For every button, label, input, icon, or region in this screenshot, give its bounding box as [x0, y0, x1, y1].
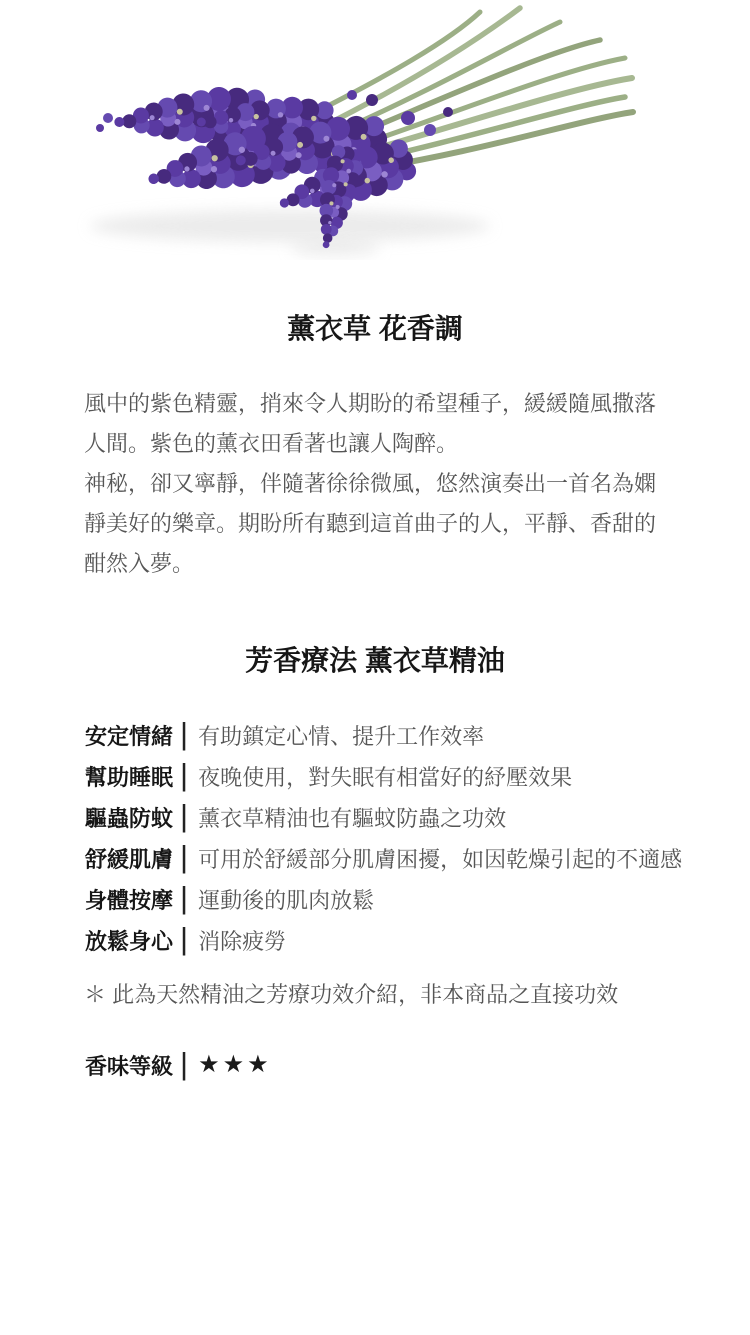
- divider-bar: |: [180, 721, 188, 747]
- product-description-page: 薰衣草 花香調 風中的紫色精靈，捎來令人期盼的希望種子，緩緩隨風撒落人間。紫色的…: [0, 0, 750, 1335]
- disclaimer-note: ＊ 此為天然精油之芳療功效介紹，非本商品之直接功效: [84, 981, 666, 1009]
- divider-bar: |: [180, 803, 188, 829]
- scent-title: 薰衣草 花香調: [0, 312, 750, 346]
- benefit-row-sleep-aid: 幫助睡眠 | 夜晚使用，對失眠有相當好的紓壓效果: [85, 763, 750, 789]
- benefit-row-soothe-skin: 舒緩肌膚 | 可用於舒緩部分肌膚困擾，如因乾燥引起的不適感: [85, 845, 750, 871]
- star-rating: ★★★: [198, 1051, 272, 1079]
- benefit-description: 夜晚使用，對失眠有相當好的紓壓效果: [198, 761, 572, 792]
- rating-label: 香味等級: [85, 1050, 173, 1081]
- divider-bar: |: [180, 762, 188, 788]
- benefit-description: 可用於舒緩部分肌膚困擾，如因乾燥引起的不適感: [198, 843, 682, 874]
- benefit-row-relax: 放鬆身心 | 消除疲勞: [85, 927, 750, 953]
- divider-bar: |: [180, 1051, 188, 1077]
- benefit-row-body-massage: 身體按摩 | 運動後的肌肉放鬆: [85, 886, 750, 912]
- lavender-photo: [0, 0, 750, 260]
- benefit-row-calm-mood: 安定情緒 | 有助鎮定心情、提升工作效率: [85, 722, 750, 748]
- scent-rating: 香味等級 | ★★★: [85, 1051, 750, 1079]
- benefit-description: 薰衣草精油也有驅蚊防蟲之功效: [198, 802, 506, 833]
- aromatherapy-title: 芳香療法 薰衣草精油: [0, 644, 750, 678]
- divider-bar: |: [180, 885, 188, 911]
- divider-bar: |: [180, 926, 188, 952]
- benefit-label: 驅蟲防蚊: [85, 802, 173, 833]
- benefit-description: 運動後的肌肉放鬆: [198, 884, 374, 915]
- benefit-label: 放鬆身心: [85, 925, 173, 956]
- benefit-description: 有助鎮定心情、提升工作效率: [198, 720, 484, 751]
- benefit-list: 安定情緒 | 有助鎮定心情、提升工作效率 幫助睡眠 | 夜晚使用，對失眠有相當好…: [0, 722, 750, 953]
- benefit-row-insect-repellent: 驅蟲防蚊 | 薰衣草精油也有驅蚊防蟲之功效: [85, 804, 750, 830]
- description-paragraph-1: 風中的紫色精靈，捎來令人期盼的希望種子，緩緩隨風撒落人間。紫色的薰衣田看著也讓人…: [84, 384, 666, 464]
- benefit-label: 幫助睡眠: [85, 761, 173, 792]
- photo-shadow: [90, 210, 490, 256]
- divider-bar: |: [180, 844, 188, 870]
- benefit-label: 身體按摩: [85, 884, 173, 915]
- lavender-illustration: [0, 0, 750, 260]
- benefit-label: 舒緩肌膚: [85, 843, 173, 874]
- benefit-description: 消除疲勞: [198, 925, 286, 956]
- description-paragraph-2: 神秘，卻又寧靜，伴隨著徐徐微風，悠然演奏出一首名為嫻靜美好的樂章。期盼所有聽到這…: [84, 464, 666, 584]
- benefit-label: 安定情緒: [85, 720, 173, 751]
- scent-description: 風中的紫色精靈，捎來令人期盼的希望種子，緩緩隨風撒落人間。紫色的薰衣田看著也讓人…: [84, 384, 666, 584]
